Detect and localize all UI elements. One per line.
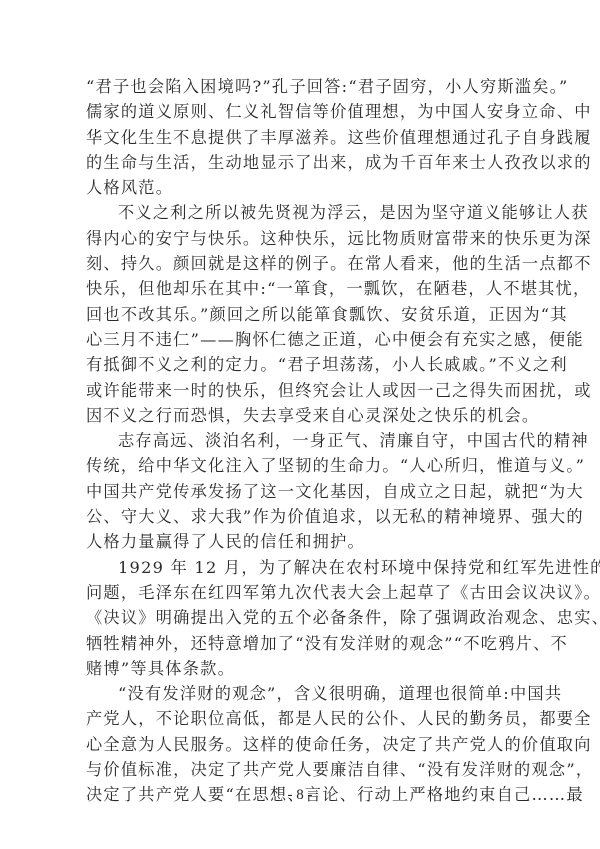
- text-line: 人格风范。: [86, 175, 522, 200]
- text-line: 与价值标准，决定了共产党人要廉洁自律、“没有发洋财的观念”，: [86, 757, 522, 782]
- text-line: 问题，毛泽东在红四军第九次代表大会上起草了《古田会议决议》。: [86, 580, 522, 605]
- text-line: 或许能带来一时的快乐，但终究会让人或因一己之得失而困扰，或: [86, 378, 522, 403]
- text-line: 中国共产党传承发扬了这一文化基因，自成立之日起，就把“为大: [86, 479, 522, 504]
- text-line: 《决议》明确提出入党的五个必备条件，除了强调政治观念、忠实、: [86, 605, 522, 630]
- paragraph-3: 志存高远、淡泊名利，一身正气、清廉自守，中国古代的精神 传统，给中华文化注入了坚…: [86, 428, 522, 554]
- text-line: 有抵御不义之利的定力。“君子坦荡荡，小人长戚戚。”不义之利: [86, 352, 522, 377]
- text-line: 传统，给中华文化注入了坚韧的生命力。“人心所归，惟道与义。”: [86, 453, 522, 478]
- text-line: 赌博”等具体条款。: [86, 656, 522, 681]
- text-line: 心全意为人民服务。这样的使命任务，决定了共产党人的价值取向: [86, 732, 522, 757]
- text-line: 1929 年 12 月，为了解决在农村环境中保持党和红军先进性的: [86, 555, 522, 580]
- text-line: 儒家的道义原则、仁义礼智信等价值理想，为中国人安身立命、中: [86, 99, 522, 124]
- text-line: 牺牲精神外，还特意增加了“没有发洋财的观念”“不吃鸦片、不: [86, 631, 522, 656]
- text-line: 华文化生生不息提供了丰厚滋养。这些价值理想通过孔子自身践履: [86, 125, 522, 150]
- text-line: 回也不改其乐。”颜回之所以能箪食瓢饮、安贫乐道，正因为“其: [86, 302, 522, 327]
- paragraph-2: 不义之利之所以被先贤视为浮云，是因为坚守道义能够让人获 得内心的安宁与快乐。这种…: [86, 200, 522, 428]
- text-line: 得内心的安宁与快乐。这种快乐，远比物质财富带来的快乐更为深: [86, 226, 522, 251]
- text-line: 志存高远、淡泊名利，一身正气、清廉自守，中国古代的精神: [86, 428, 522, 453]
- text-line: 因不义之行而恐惧，失去享受来自心灵深处之快乐的机会。: [86, 403, 522, 428]
- text-line: 心三月不违仁”——胸怀仁德之正道，心中便会有充实之感，便能: [86, 327, 522, 352]
- paragraph-1: “君子也会陷入困境吗?”孔子回答:“君子固穷，小人穷斯滥矣。” 儒家的道义原则、…: [86, 74, 522, 200]
- text-line: “君子也会陷入困境吗?”孔子回答:“君子固穷，小人穷斯滥矣。”: [86, 74, 522, 99]
- text-line: 人格力量赢得了人民的信任和拥护。: [86, 529, 522, 554]
- paragraph-4: 1929 年 12 月，为了解决在农村环境中保持党和红军先进性的 问题，毛泽东在…: [86, 555, 522, 681]
- document-page: “君子也会陷入困境吗?”孔子回答:“君子固穷，小人穷斯滥矣。” 儒家的道义原则、…: [0, 0, 600, 849]
- text-line: 公、守大义、求大我”作为价值追求，以无私的精神境界、强大的: [86, 504, 522, 529]
- text-line: 不义之利之所以被先贤视为浮云，是因为坚守道义能够让人获: [86, 200, 522, 225]
- text-line: 刻、持久。颜回就是这样的例子。在常人看来，他的生活一点都不: [86, 251, 522, 276]
- page-number: - 8 -: [0, 787, 600, 804]
- text-line: “没有发洋财的观念”，含义很明确，道理也很简单:中国共: [86, 681, 522, 706]
- text-line: 快乐，但他却乐在其中:“一箪食，一瓢饮，在陋巷，人不堪其忧，: [86, 276, 522, 301]
- text-line: 产党人，不论职位高低，都是人民的公仆、人民的勤务员，都要全: [86, 706, 522, 731]
- text-line: 的生命与生活，生动地显示了出来，成为千百年来士人孜孜以求的: [86, 150, 522, 175]
- body-text: “君子也会陷入困境吗?”孔子回答:“君子固穷，小人穷斯滥矣。” 儒家的道义原则、…: [86, 74, 522, 808]
